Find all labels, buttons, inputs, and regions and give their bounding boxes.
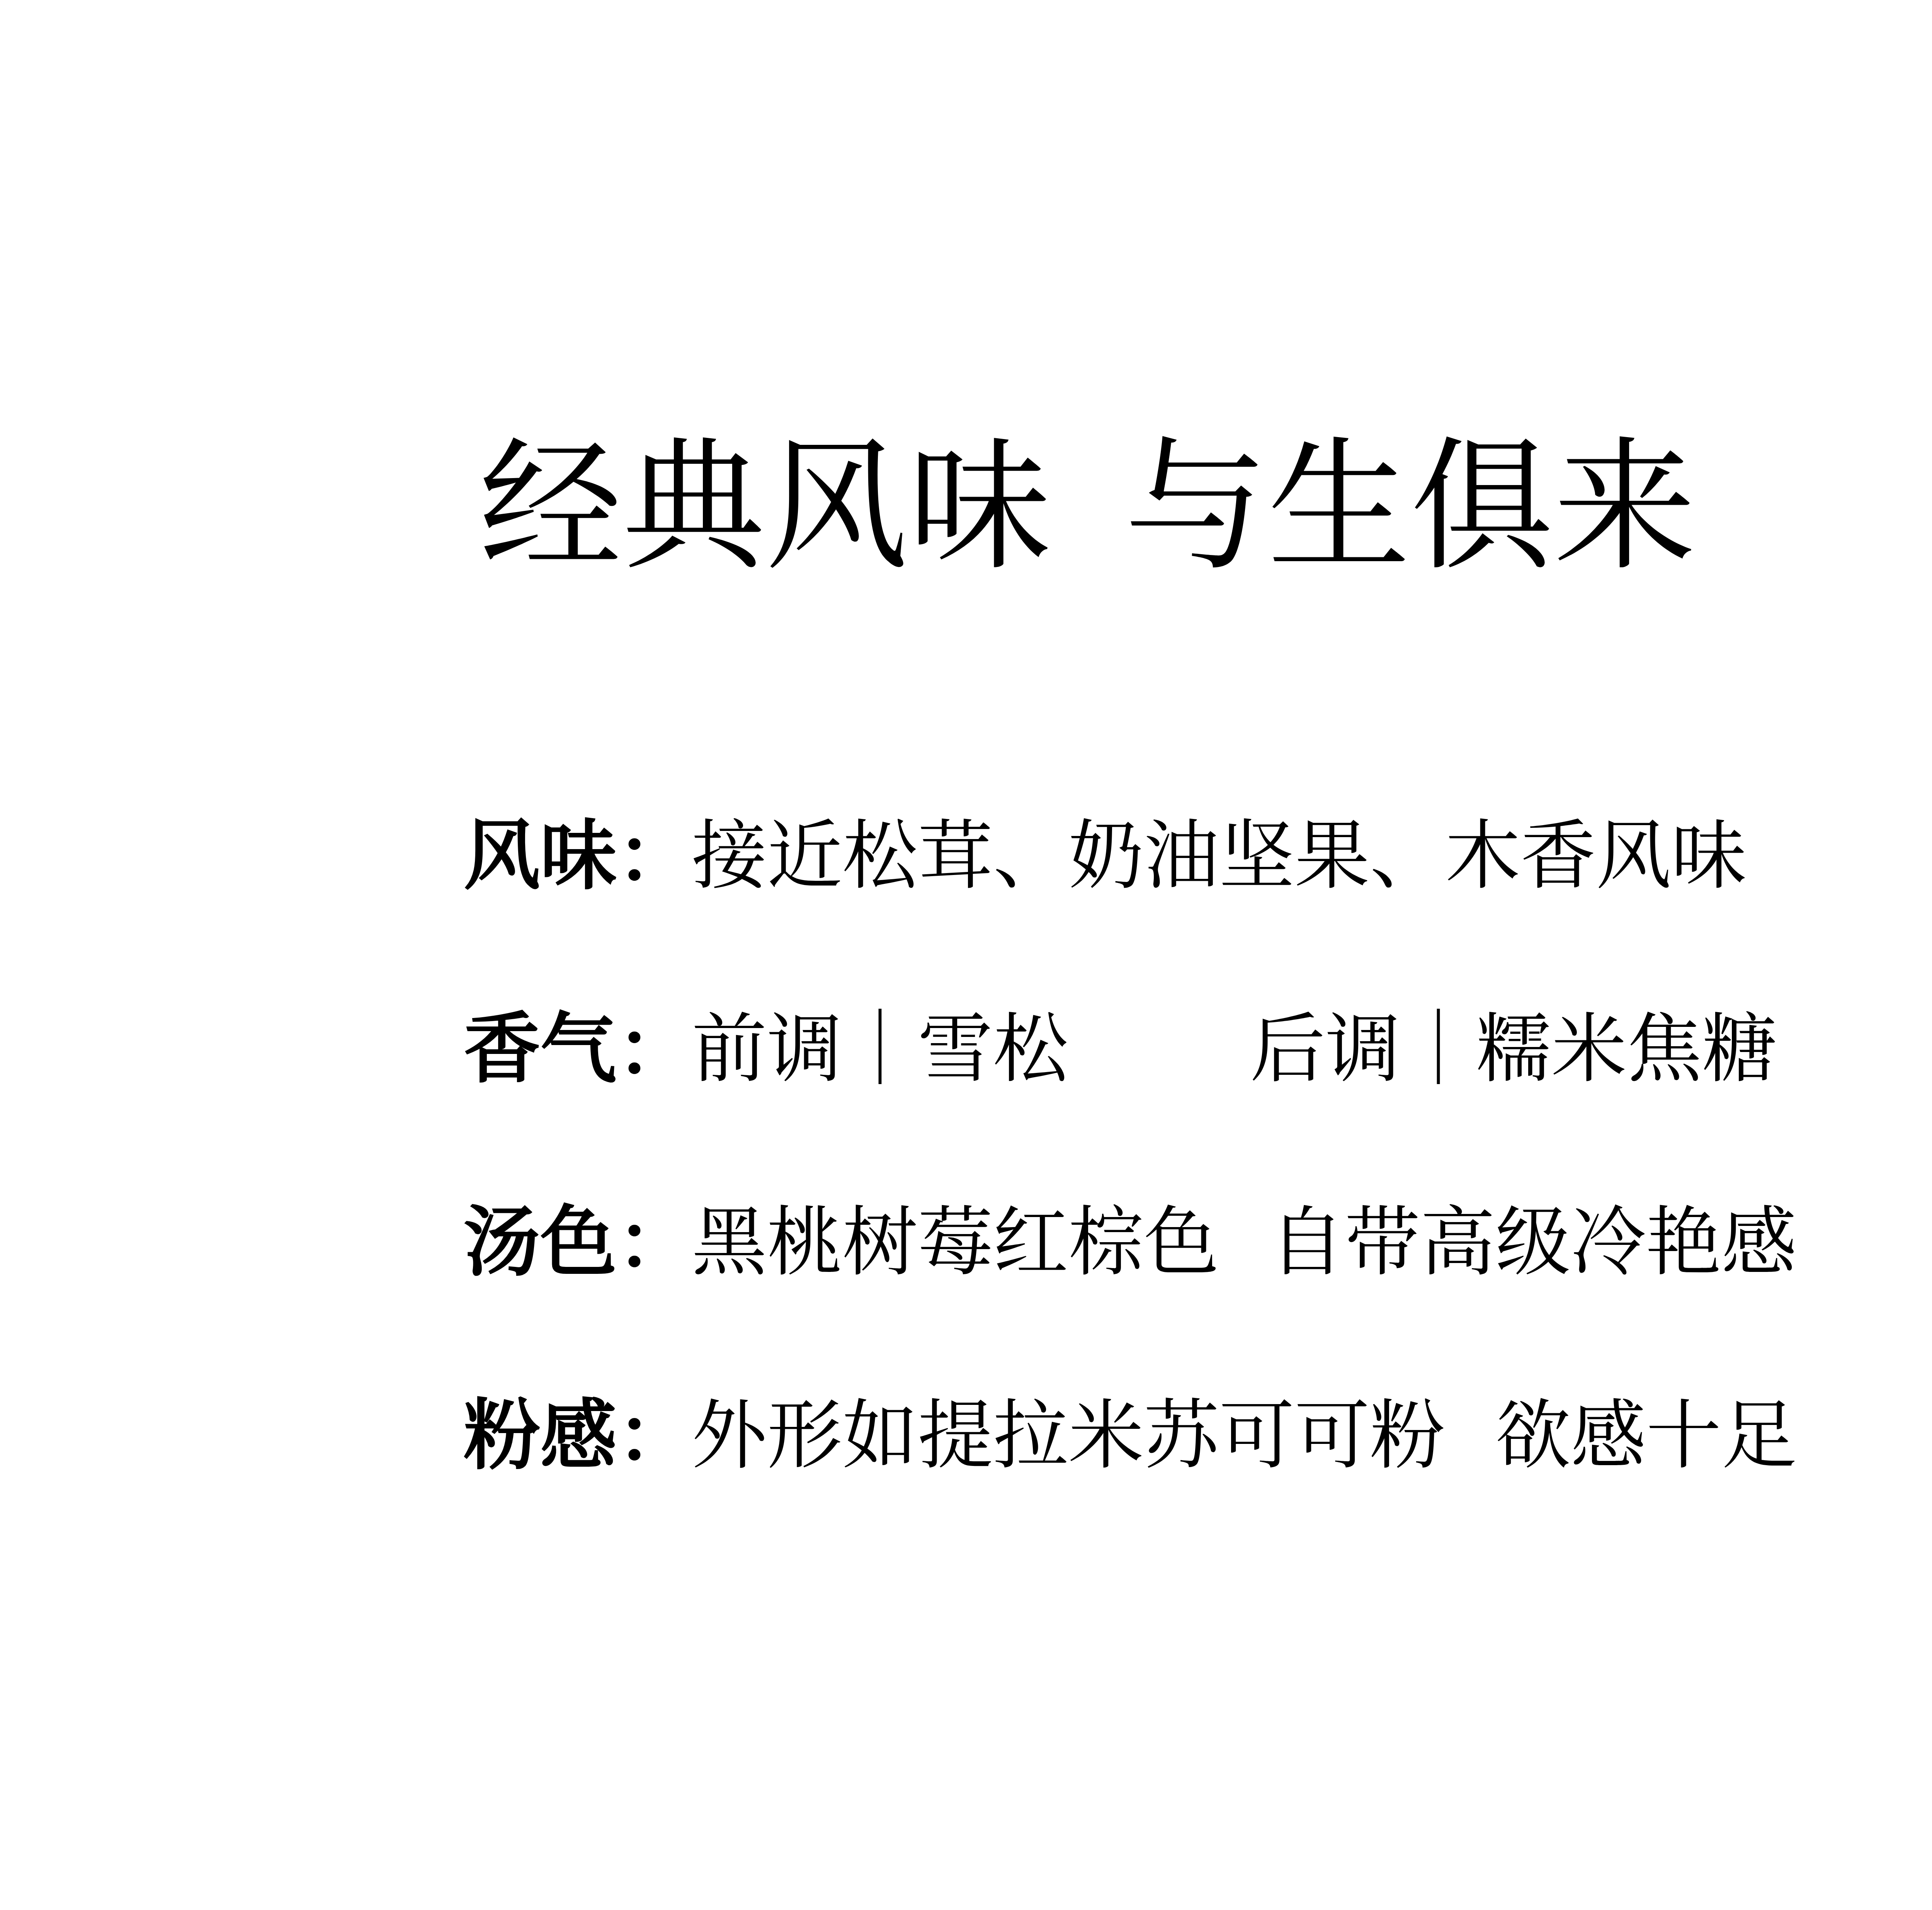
page-title: 经典风味与生俱来	[479, 437, 1696, 580]
spec-label-powder-feel: 粉感：	[464, 1387, 692, 1483]
spec-value-liquor-color-note: 自带高级冷艳感	[1269, 1202, 1797, 1285]
spec-value-aroma-base-note: 后调｜糯米焦糖	[1250, 1008, 1777, 1092]
spec-row-aroma: 香气：前调｜雪松后调｜糯米焦糖	[464, 1001, 1777, 1098]
spec-row-powder-feel: 粉感：外形如提拉米苏可可粉欲感十足	[464, 1387, 1797, 1484]
title-part-1: 经典风味	[479, 429, 1051, 587]
spec-label-flavor: 风味：	[464, 808, 692, 904]
spec-row-flavor: 风味：接近松茸、奶油坚果、木香风味	[464, 808, 1747, 904]
title-part-2: 与生俱来	[1124, 429, 1696, 587]
spec-label-liquor-color: 汤色：	[464, 1194, 692, 1290]
spec-row-liquor-color: 汤色：黑桃树莓红棕色自带高级冷艳感	[464, 1194, 1797, 1291]
spec-value-powder-feel: 外形如提拉米苏可可粉	[692, 1395, 1445, 1478]
spec-value-liquor-color: 黑桃树莓红棕色	[692, 1202, 1219, 1285]
spec-label-aroma: 香气：	[464, 1001, 692, 1097]
spec-value-powder-feel-note: 欲感十足	[1495, 1395, 1797, 1478]
spec-value-aroma-top-note: 前调｜雪松	[692, 1008, 1068, 1092]
spec-value-flavor: 接近松茸、奶油坚果、木香风味	[692, 815, 1747, 899]
